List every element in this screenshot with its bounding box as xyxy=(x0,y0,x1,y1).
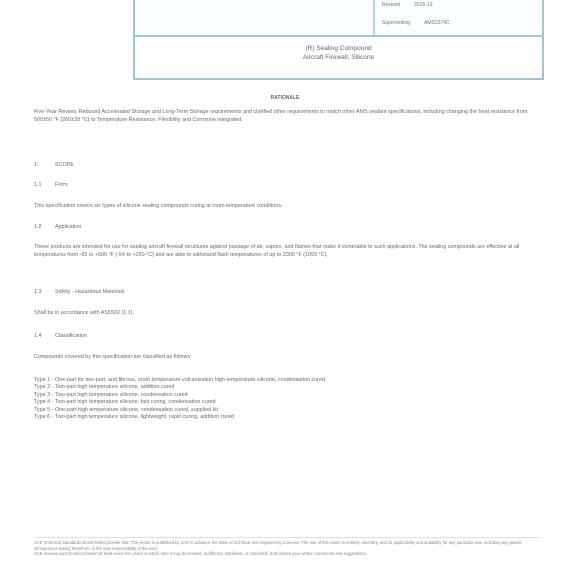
section-1-3-heading: 1.3Safety - Hazardous Materials xyxy=(34,289,125,295)
meta-revised: Revised 2016-10 xyxy=(382,2,432,8)
section-1-4-text: Compounds covered by this specification … xyxy=(34,354,534,362)
type-item: Type 1 - One-part for two-part, and fibr… xyxy=(34,377,325,384)
section-1-3-text: Shall be in accordance with AS5502 (1.1)… xyxy=(34,310,534,318)
section-1-heading: 1.SCOPE xyxy=(34,162,74,168)
type-item: Type 2 - Two-part high temperature silic… xyxy=(34,384,325,391)
type-list: Type 1 - One-part for two-part, and fibr… xyxy=(34,377,325,421)
type-item: Type 3 - Two-part high temperature silic… xyxy=(34,392,325,399)
rationale-text: Five-Year Review. Reduced Accelerated St… xyxy=(34,109,534,124)
document-title: (R) Sealing Compound Aircraft Firewall, … xyxy=(135,44,542,62)
rationale-heading: RATIONALE xyxy=(0,95,570,101)
type-item: Type 5 - One-part high temperature silic… xyxy=(34,407,325,414)
type-item: Type 6 - Two-part high temperature silic… xyxy=(34,414,325,421)
header-top-row: Revised 2016-10 Superseding AMS3374C xyxy=(135,0,542,37)
type-item: Type 4 - Two-part high temperature silic… xyxy=(34,399,325,406)
section-1-2-heading: 1.2Application xyxy=(34,224,81,230)
header-logo-area xyxy=(135,0,375,35)
section-1-1-text: This specification covers six types of s… xyxy=(34,203,534,211)
section-1-1-heading: 1.1Form xyxy=(34,182,68,188)
header-meta: Revised 2016-10 Superseding AMS3374C xyxy=(375,0,542,35)
meta-superseding: Superseding AMS3374C xyxy=(382,20,450,26)
section-1-2-text: These products are intended for use for … xyxy=(34,244,534,259)
section-1-4-heading: 1.4Classification xyxy=(34,333,87,339)
footer-notice: SAE Technical Standards Board Rules prov… xyxy=(34,537,539,557)
document-header-box: Revised 2016-10 Superseding AMS3374C (R)… xyxy=(133,0,544,80)
